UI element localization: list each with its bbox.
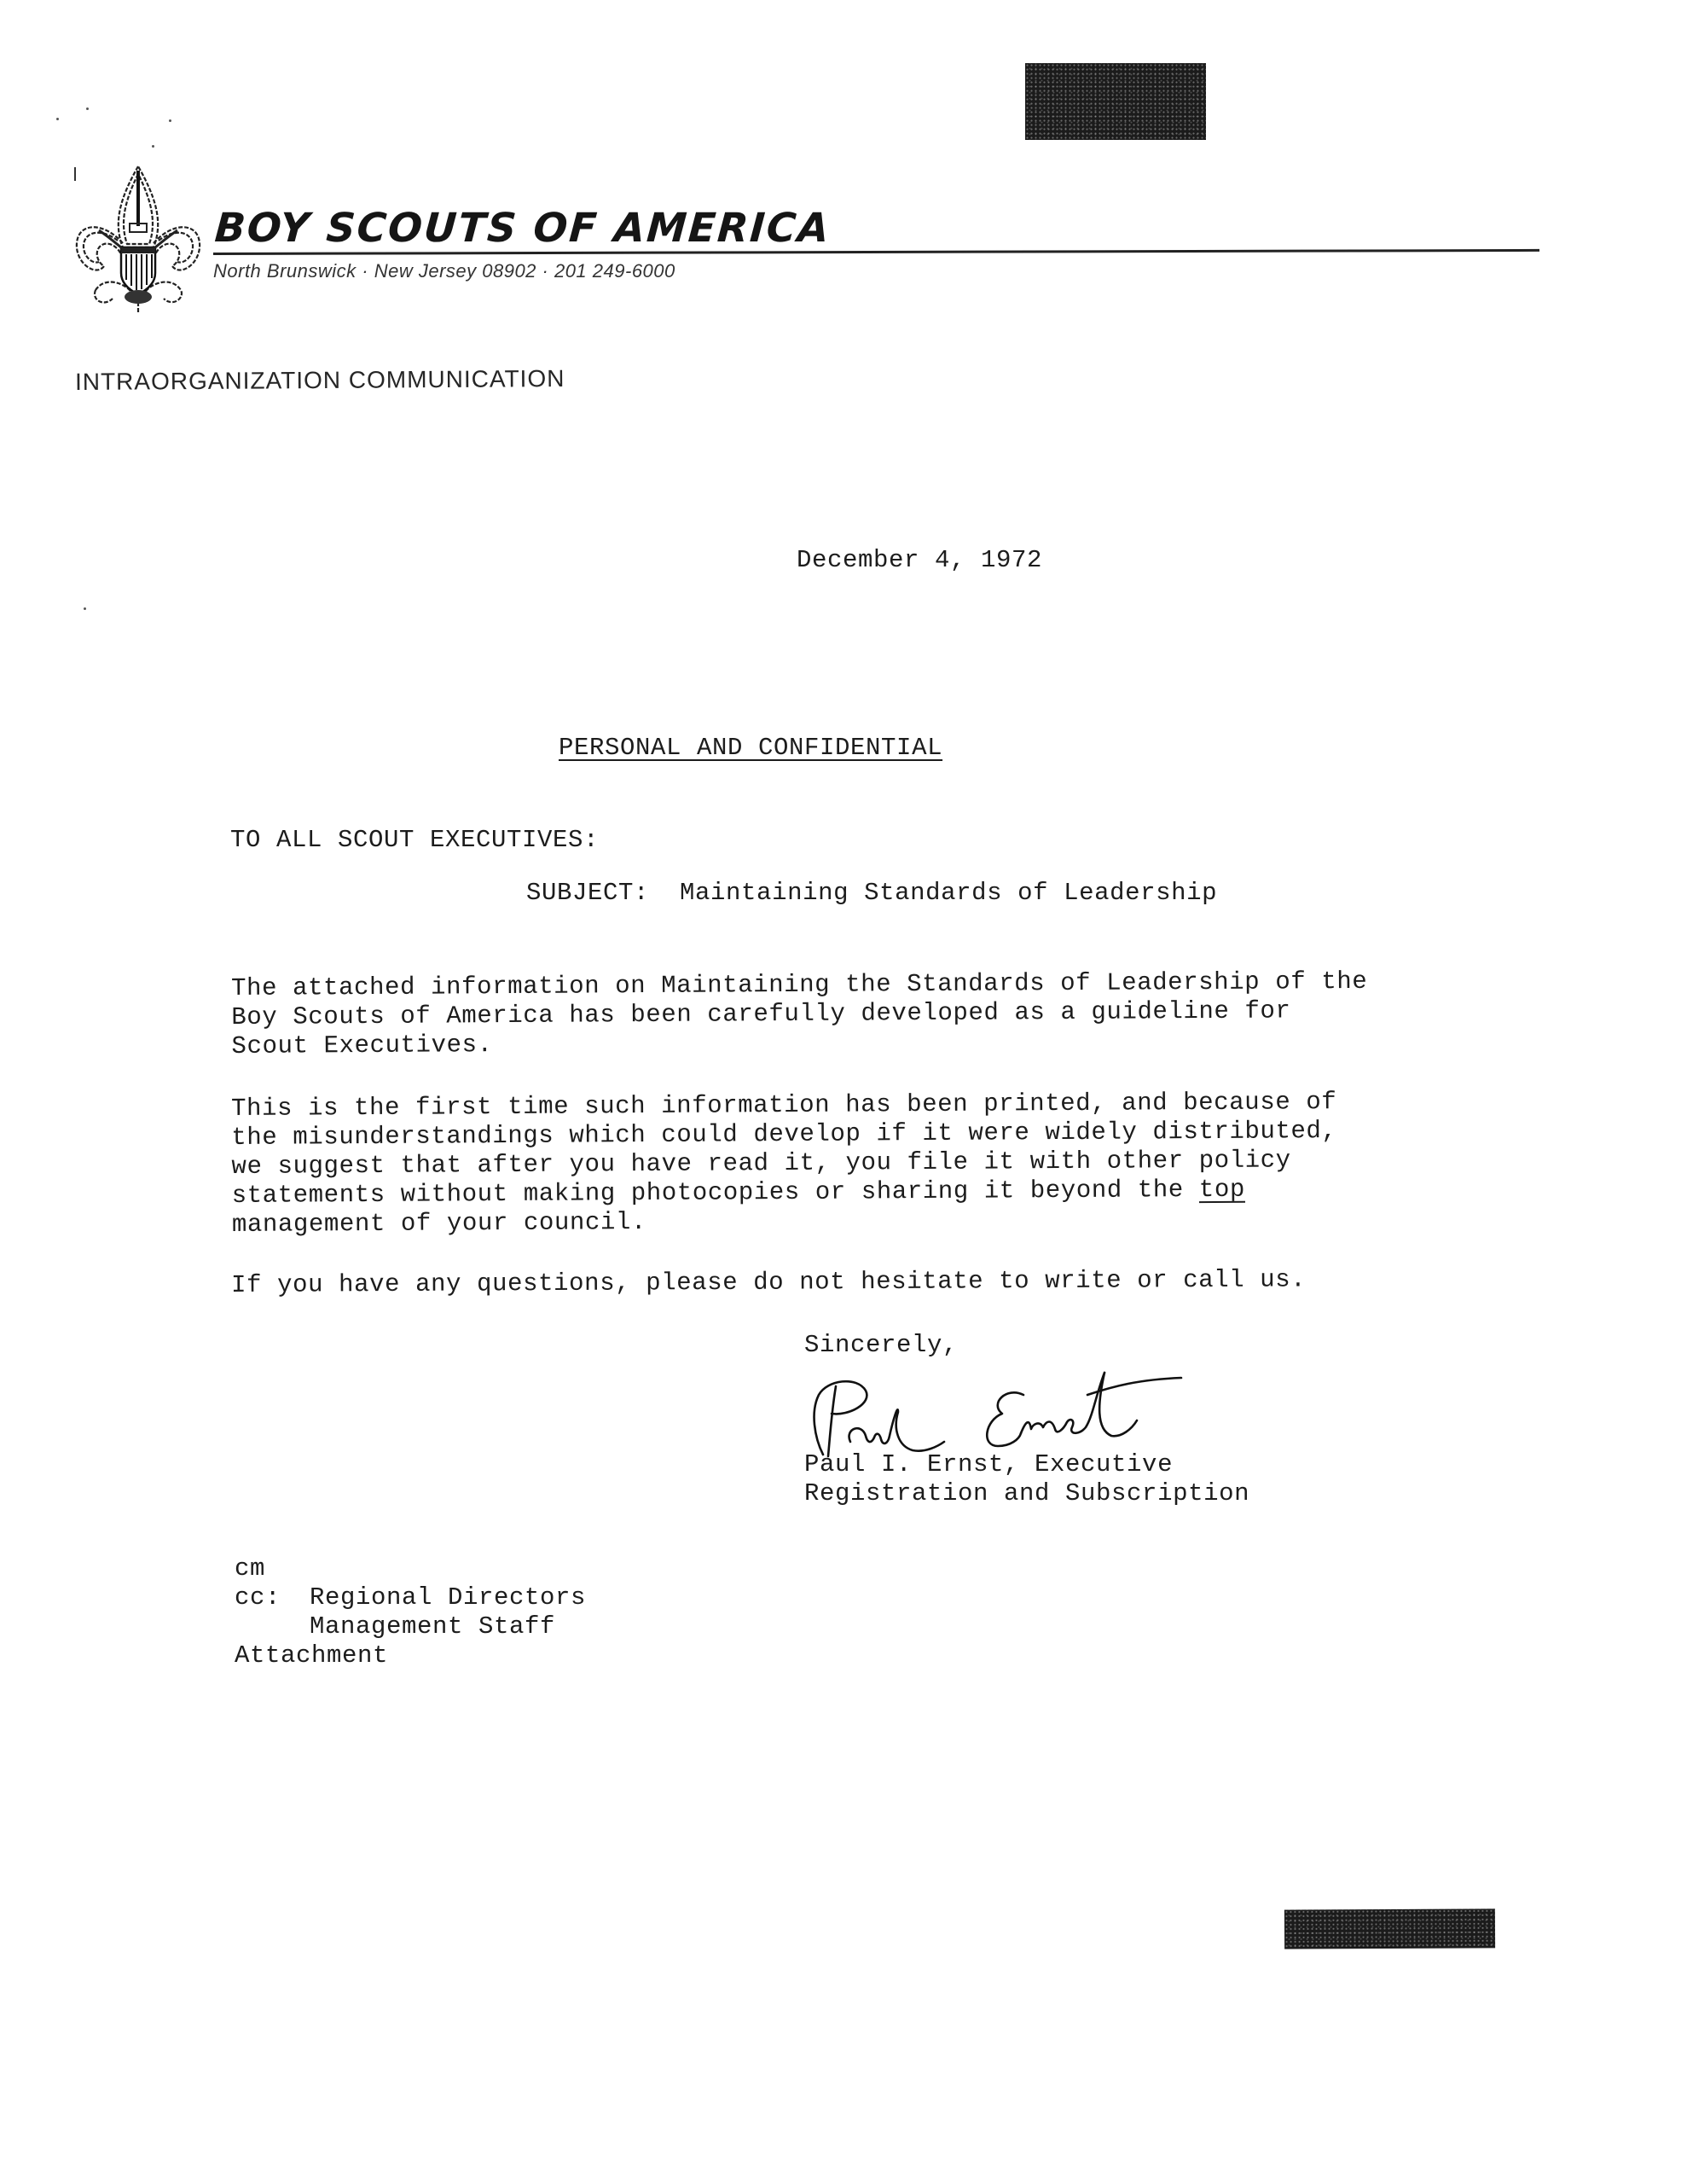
body-paragraph-1: The attached information on Maintaining … [231, 967, 1368, 1061]
underlined-word-top: top [1199, 1176, 1245, 1204]
closing-salutation: Sincerely, [804, 1331, 958, 1359]
letterhead: BOY SCOUTS OF AMERICA North Brunswick · … [0, 0, 1687, 341]
classification-heading: PERSONAL AND CONFIDENTIAL [559, 734, 942, 762]
subject-text: Maintaining Standards of Leadership [680, 879, 1217, 907]
body-paragraph-2: This is the first time such information … [231, 1088, 1337, 1240]
addressee: TO ALL SCOUT EXECUTIVES: [230, 826, 599, 854]
signatory-title: Registration and Subscription [804, 1479, 1249, 1507]
subject-line: SUBJECT: Maintaining Standards of Leader… [526, 879, 1217, 907]
typist-initials: cm [235, 1554, 265, 1583]
organization-address: North Brunswick · New Jersey 08902 · 201… [213, 260, 675, 282]
cc-recipient: Management Staff [310, 1612, 555, 1641]
cc-recipient: Regional Directors [310, 1583, 586, 1612]
redacted-block-bottom [1284, 1908, 1495, 1949]
memo-type: INTRAORGANIZATION COMMUNICATION [75, 365, 565, 396]
body-line: Scout Executives. [231, 1025, 1367, 1061]
cc-label: cc: [235, 1583, 281, 1612]
body-paragraph-3: If you have any questions, please do not… [231, 1265, 1306, 1299]
signatory-name: Paul I. Ernst, Executive [804, 1450, 1173, 1478]
body-line: management of your council. [232, 1204, 1337, 1240]
scan-speck [84, 607, 86, 610]
subject-label: SUBJECT: [526, 879, 649, 907]
fleur-de-lis-emblem-icon [70, 162, 206, 316]
memo-date: December 4, 1972 [797, 546, 1042, 574]
enclosure-note: Attachment [235, 1641, 388, 1670]
organization-name: BOY SCOUTS OF AMERICA [213, 205, 832, 252]
